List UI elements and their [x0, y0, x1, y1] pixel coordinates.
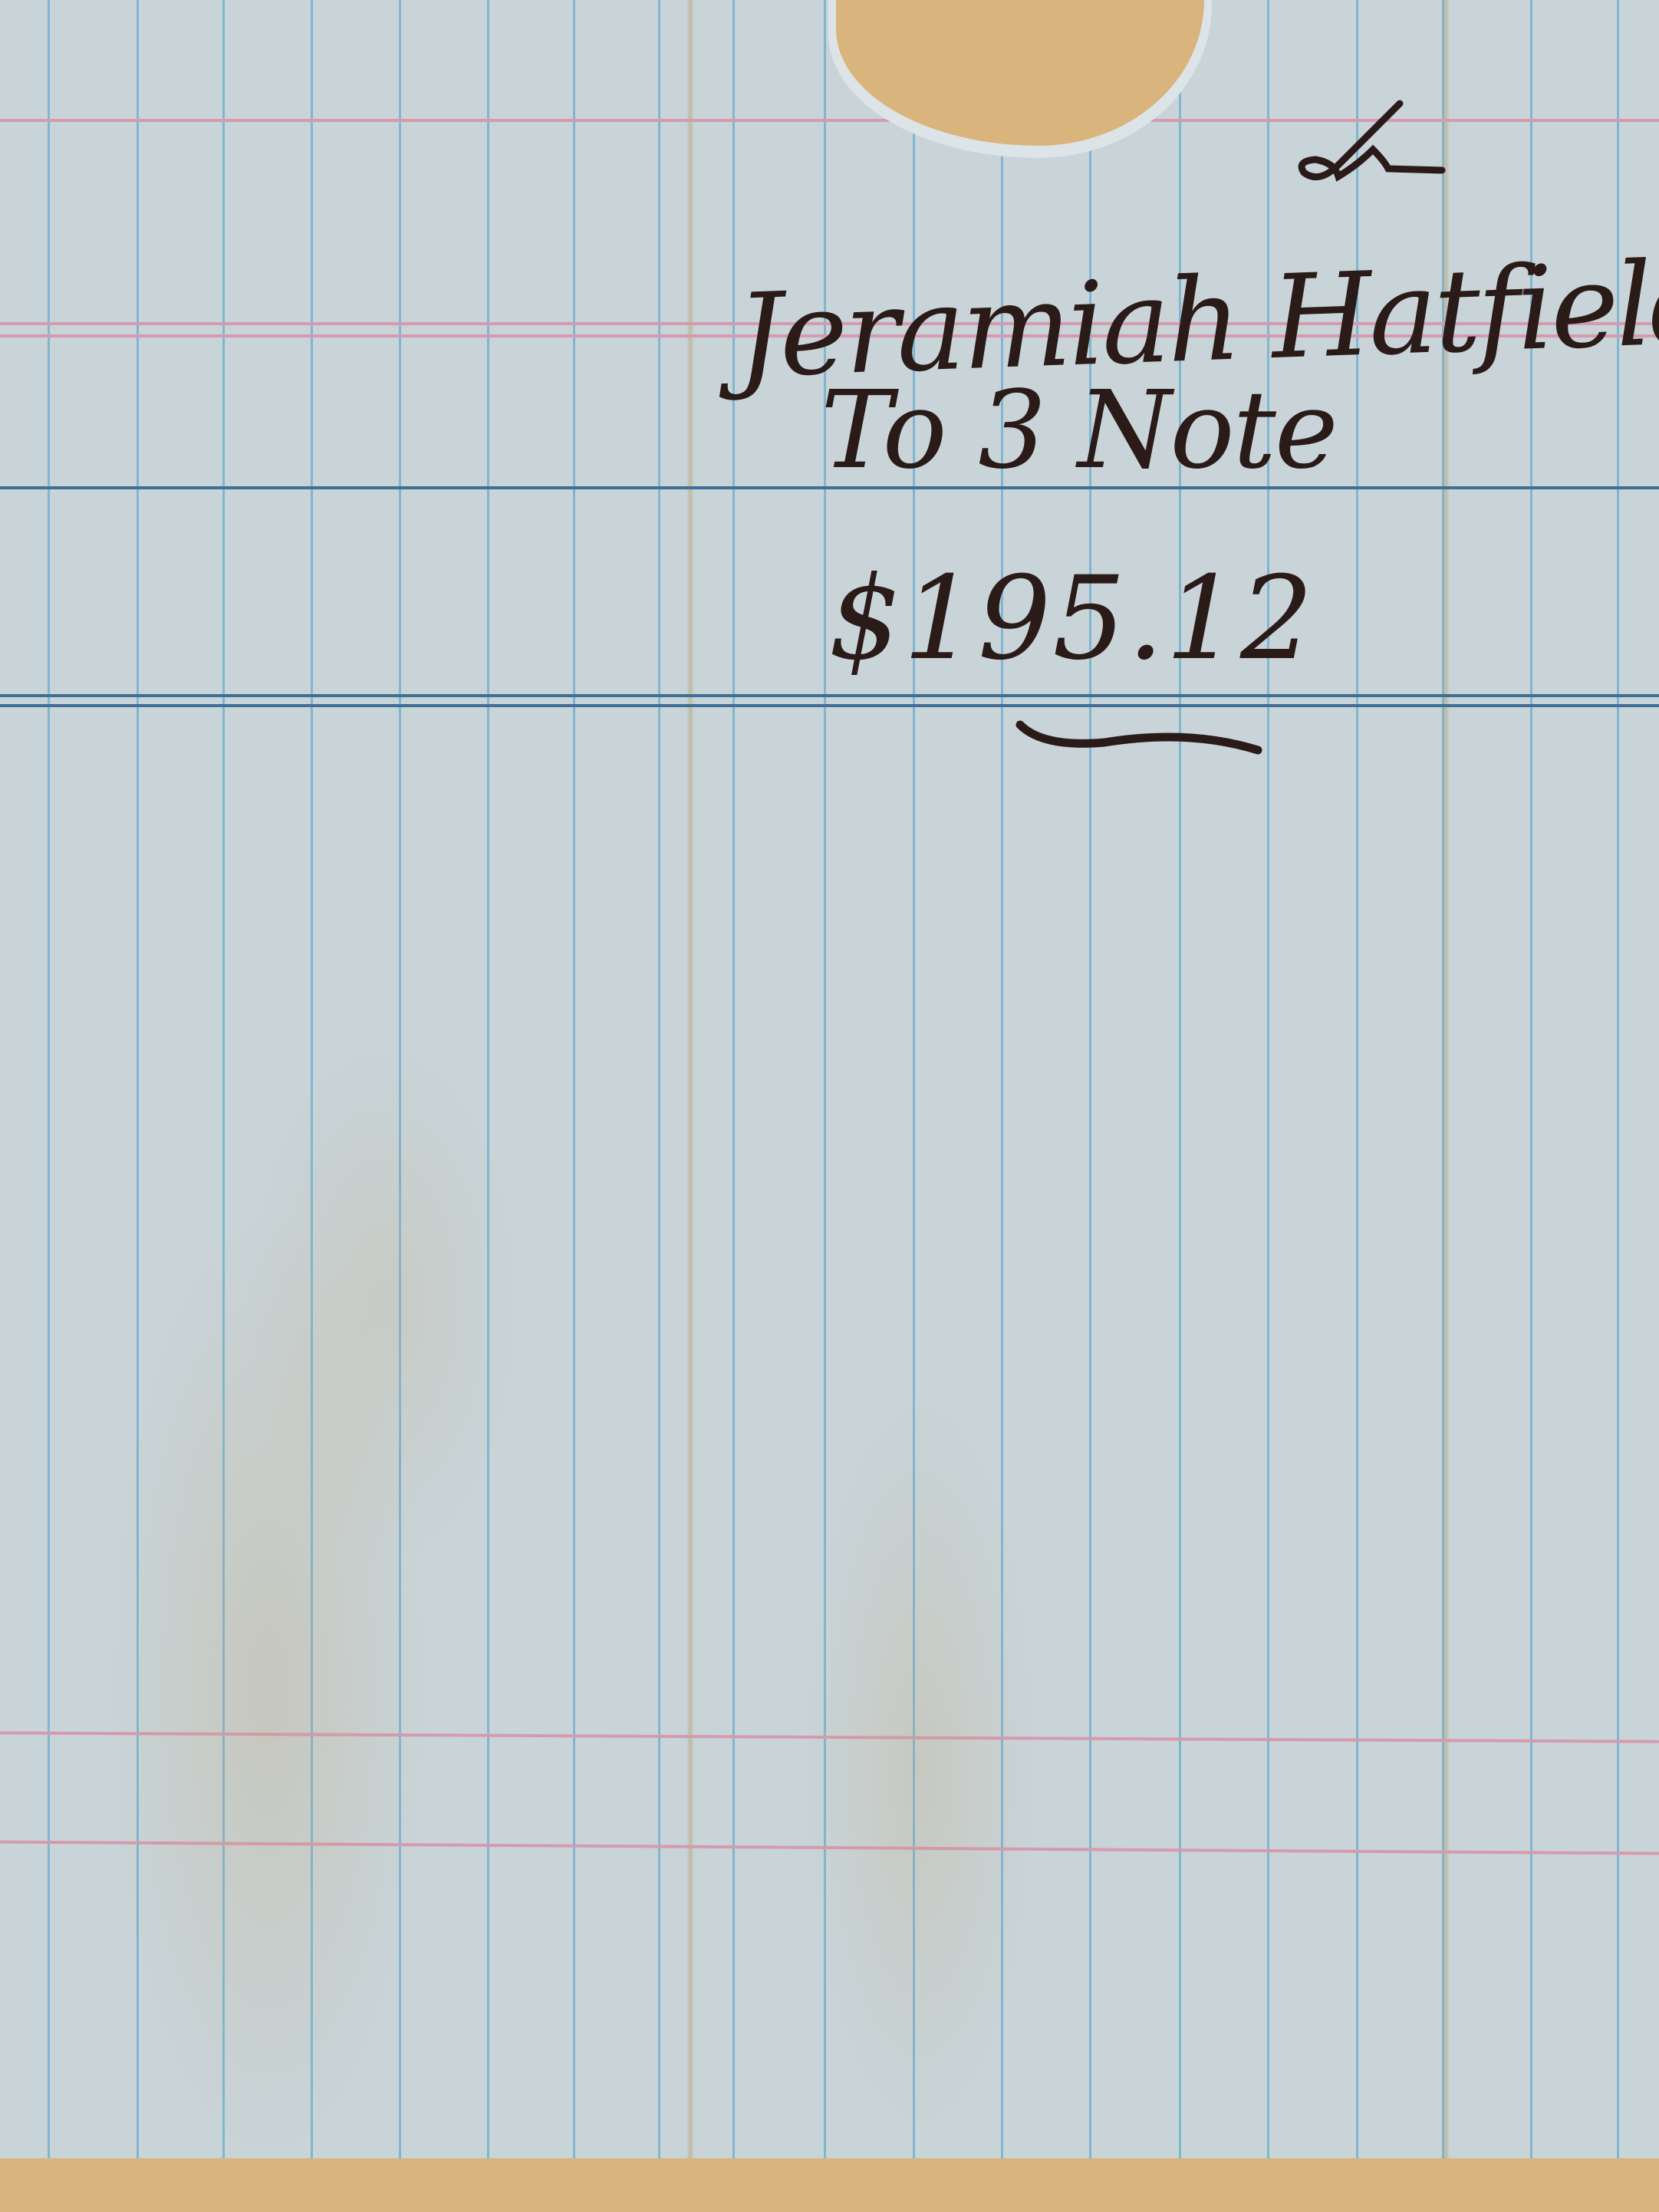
handwritten-amount: $195.12	[828, 552, 1315, 686]
horizontal-rule-blue	[0, 704, 1659, 707]
ledger-sheet: Jeramiah Hatfield To 3 Note $195.12	[0, 0, 1659, 2163]
handwritten-description: To 3 Note	[821, 368, 1337, 493]
horizontal-rule-blue	[0, 694, 1659, 697]
horizontal-rule-pink	[0, 1731, 1659, 1743]
handwritten-mark-top	[1273, 92, 1450, 192]
amount-underline-swash	[1012, 713, 1273, 775]
backing-board	[0, 2158, 1659, 2212]
horizontal-rule-pink	[0, 1840, 1659, 1855]
torn-edge	[836, 0, 1204, 146]
